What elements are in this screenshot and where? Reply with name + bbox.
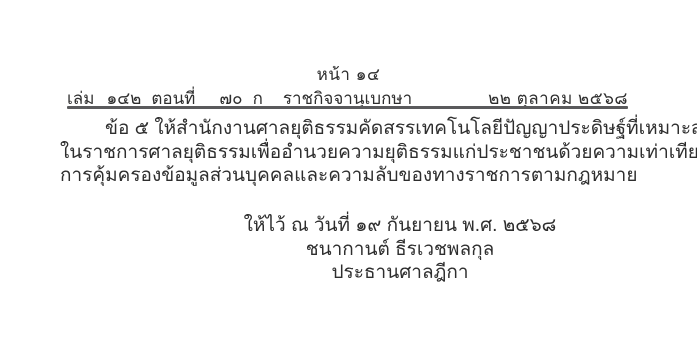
signer-name: ชนากานต์ ธีรเวชพลกุล [150,238,650,262]
clause-line: การคุ้มครองข้อมูลส่วนบุคคลและความลับของท… [60,164,638,188]
header-divider-rule [67,106,628,109]
clause-line: ข้อ ๕ ให้สำนักงานศาลยุติธรรมคัดสรรเทคโนโ… [60,117,638,141]
gazette-header-row: เล่ม๑๔๒ตอนที่๗๐ก ราชกิจจานุเบกษา ๒๒ ตุลา… [67,85,628,107]
issued-date-line: ให้ไว้ ณ วันที่ ๑๙ กันยายน พ.ศ. ๒๕๖๘ [150,214,650,238]
clause-paragraph: ข้อ ๕ ให้สำนักงานศาลยุติธรรมคัดสรรเทคโนโ… [60,117,638,188]
page-number: หน้า ๑๔ [0,61,697,88]
gazette-page: หน้า ๑๔ เล่ม๑๔๒ตอนที่๗๐ก ราชกิจจานุเบกษา… [0,0,697,364]
signer-title: ประธานศาลฎีกา [150,261,650,285]
clause-line: ในราชการศาลยุติธรรมเพื่ออำนวยความยุติธรร… [60,141,638,165]
signature-block: ให้ไว้ ณ วันที่ ๑๙ กันยายน พ.ศ. ๒๕๖๘ ชนา… [150,214,650,285]
